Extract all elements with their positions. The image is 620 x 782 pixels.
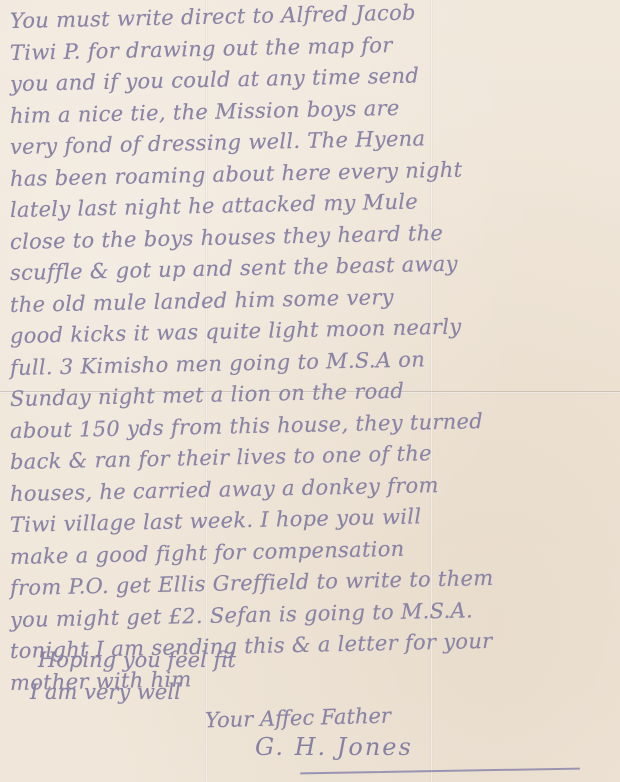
closing-salutation: Your Affec Father	[205, 704, 392, 733]
letter-body: You must write direct to Alfred Jacob Ti…	[10, 6, 615, 699]
letter-page: You must write direct to Alfred Jacob Ti…	[0, 0, 620, 782]
closing-wish: Hoping you feel fit	[38, 648, 236, 672]
signature: G. H. Jones	[255, 733, 413, 761]
signature-underline	[300, 768, 580, 775]
closing-status: I am very well	[30, 680, 181, 704]
